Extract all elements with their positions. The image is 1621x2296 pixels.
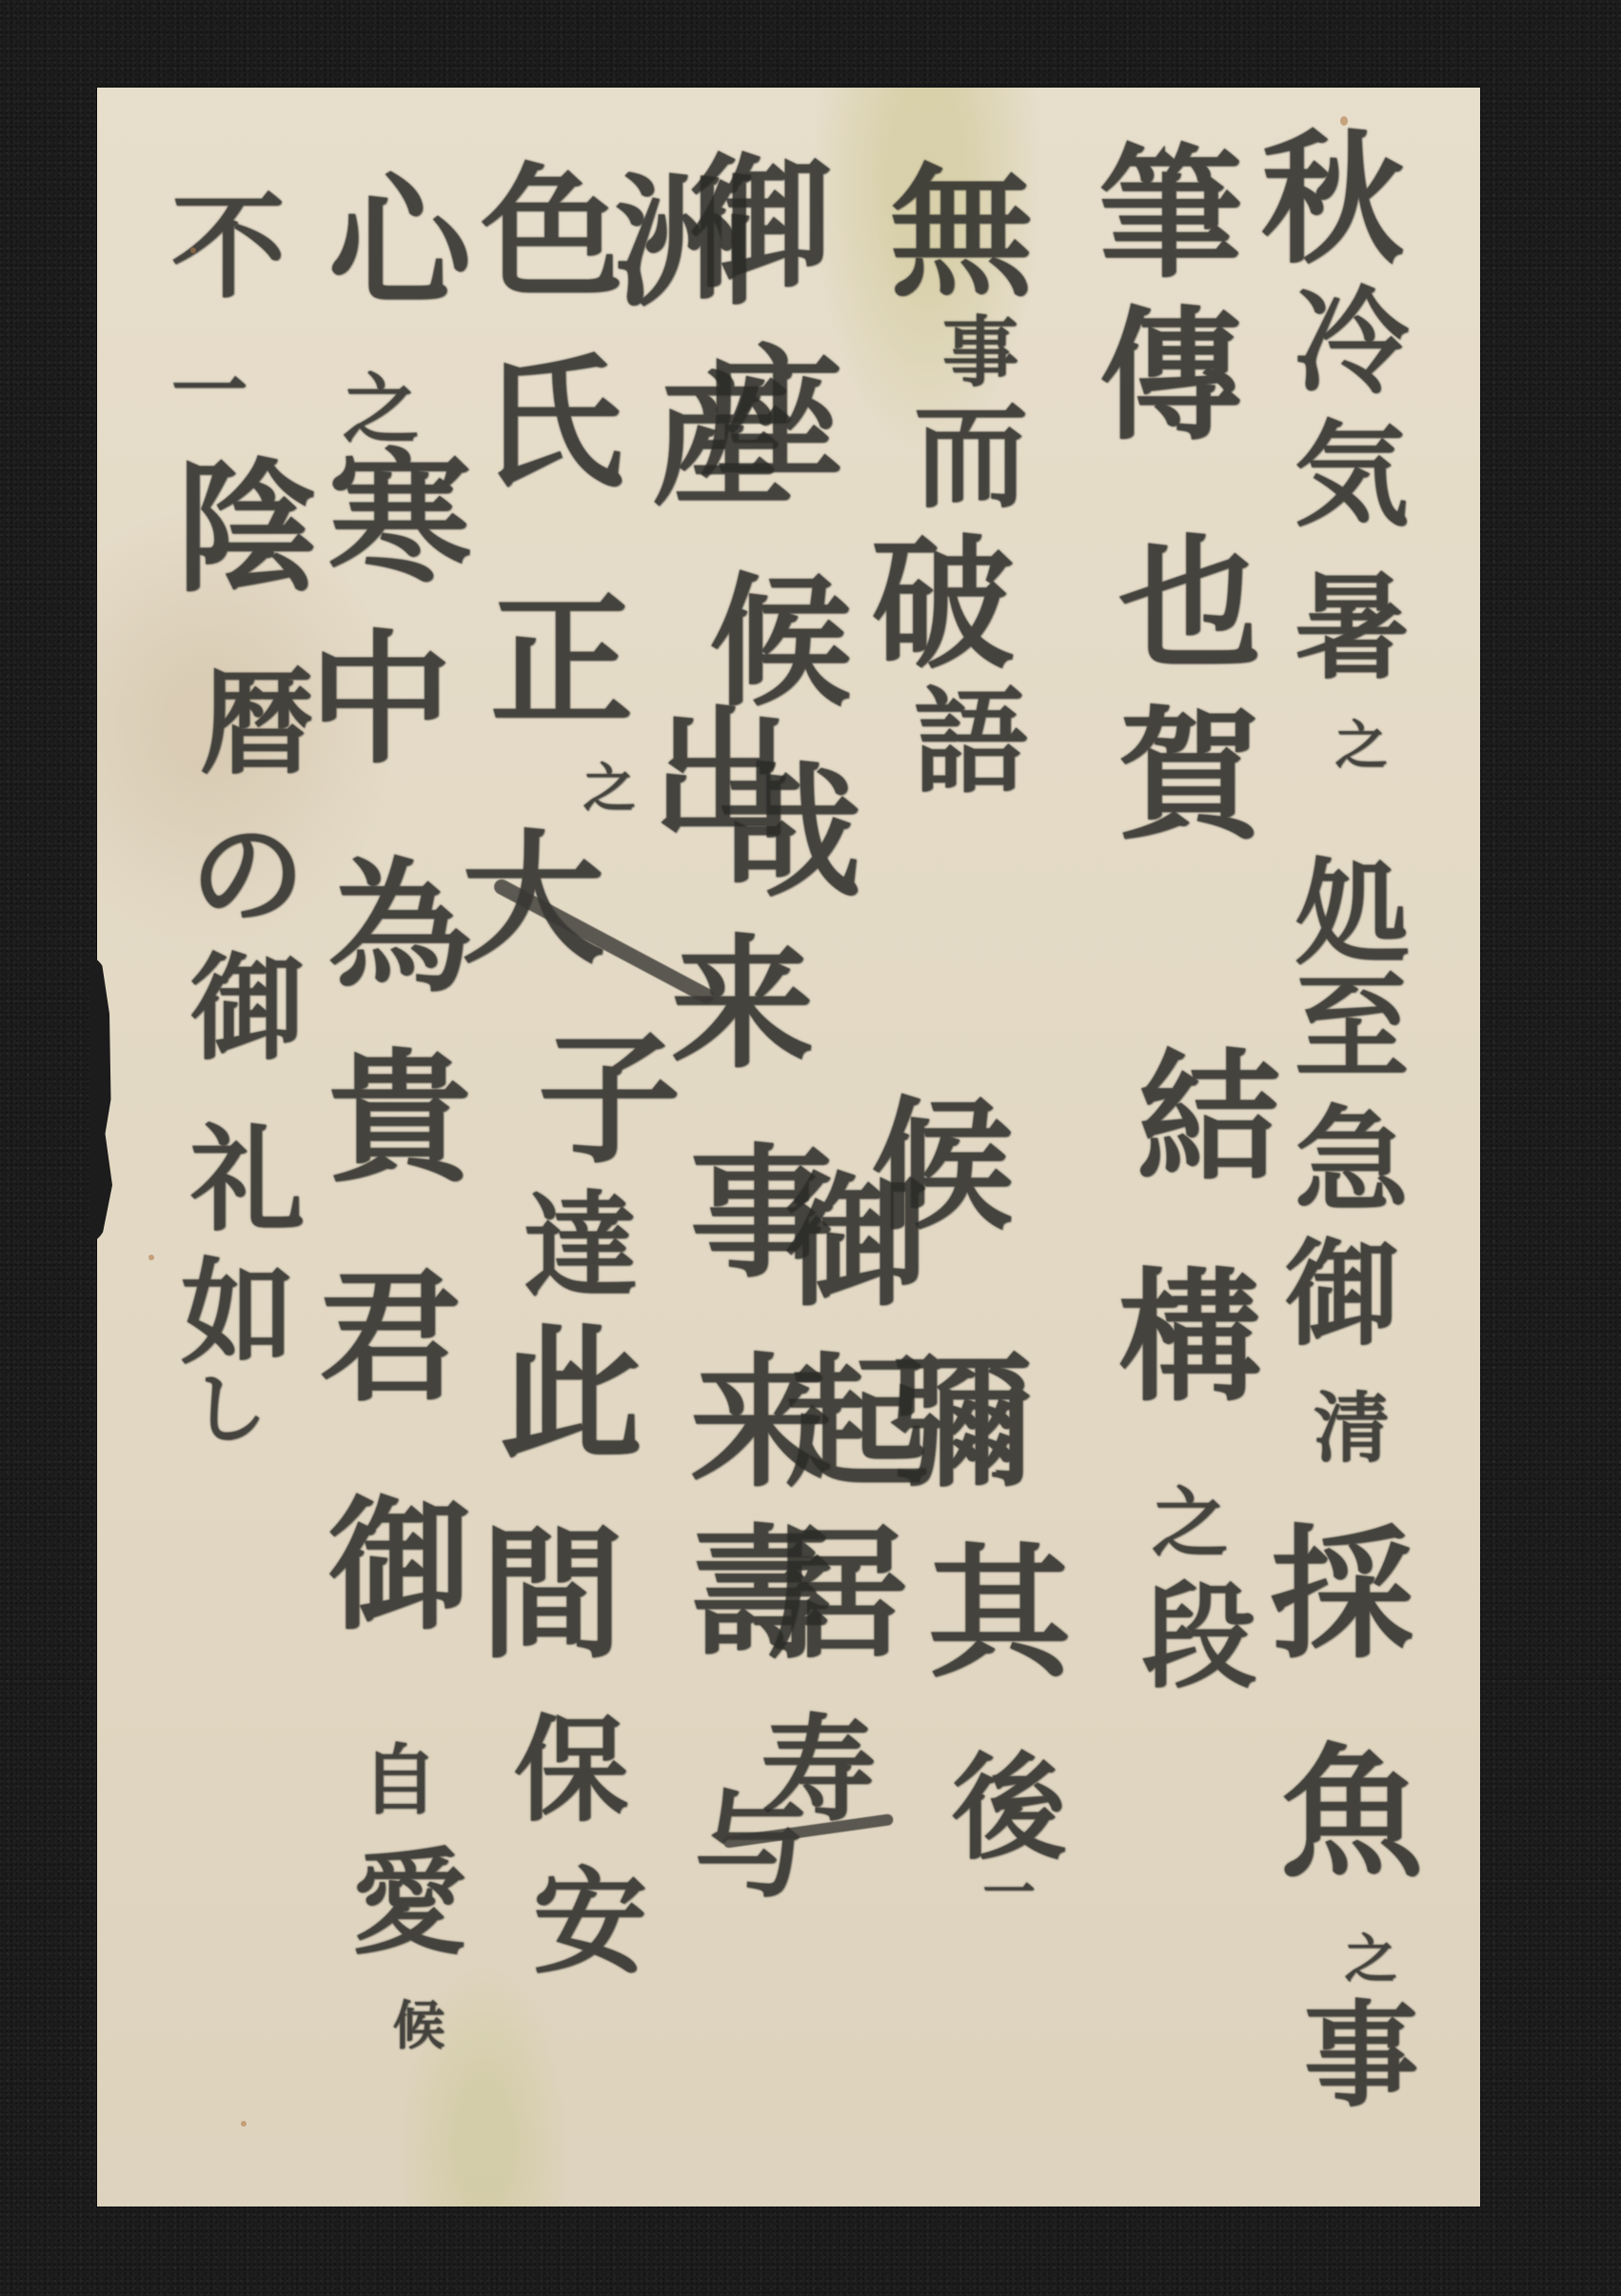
glyph: 結 bbox=[1137, 1047, 1280, 1190]
glyph: 中 bbox=[309, 628, 452, 771]
glyph: 秋 bbox=[1261, 129, 1404, 271]
glyph: 為 bbox=[328, 857, 471, 1000]
glyph: し bbox=[190, 1371, 267, 1447]
glyph: 事 bbox=[942, 314, 1018, 390]
glyph: 心 bbox=[328, 171, 471, 314]
glyph: 壽 bbox=[690, 1523, 833, 1666]
glyph: 暦 bbox=[200, 666, 314, 781]
glyph: 無 bbox=[890, 162, 1033, 305]
glyph: 事 bbox=[690, 1142, 833, 1285]
glyph: 採 bbox=[1271, 1523, 1413, 1666]
glyph: 暑 bbox=[1295, 571, 1409, 685]
glyph: 如 bbox=[181, 1257, 295, 1371]
glyph: 此 bbox=[500, 1323, 642, 1466]
glyph: 間 bbox=[481, 1523, 623, 1666]
glyph: 後 bbox=[952, 1752, 1066, 1866]
glyph: 正 bbox=[490, 590, 633, 733]
foxing-spot bbox=[241, 2121, 247, 2127]
glyph: 処 bbox=[1295, 857, 1409, 971]
glyph: 達 bbox=[524, 1190, 638, 1304]
glyph: 来 bbox=[671, 933, 814, 1076]
glyph: 不 bbox=[171, 190, 286, 305]
glyph: 愛 bbox=[352, 1847, 466, 1961]
glyph: 子 bbox=[538, 1028, 681, 1171]
glyph: 傳 bbox=[1099, 305, 1242, 447]
glyph: 御 bbox=[1285, 1237, 1399, 1352]
glyph: 冷 bbox=[1295, 286, 1409, 400]
glyph: 与 bbox=[695, 1790, 809, 1904]
glyph: 洲 bbox=[614, 171, 757, 314]
glyph: 候 bbox=[392, 1999, 445, 2051]
glyph: 之 bbox=[1334, 719, 1387, 771]
glyph: 其 bbox=[928, 1542, 1071, 1685]
glyph: 筆 bbox=[1099, 143, 1242, 286]
foxing-spot bbox=[1340, 116, 1348, 126]
glyph: 也 bbox=[1118, 533, 1261, 676]
glyph: 出 bbox=[652, 704, 795, 847]
foxing-spot bbox=[190, 247, 196, 253]
glyph: 語 bbox=[914, 685, 1028, 800]
glyph: 保 bbox=[514, 1713, 628, 1828]
glyph: 構 bbox=[1118, 1266, 1261, 1409]
glyph: 御 bbox=[190, 952, 305, 1066]
glyph: 自 bbox=[362, 1742, 438, 1818]
glyph: 之 bbox=[583, 762, 635, 814]
glyph: 賀 bbox=[1118, 704, 1261, 847]
glyph: 君 bbox=[319, 1266, 462, 1409]
glyph: 之 bbox=[1152, 1485, 1228, 1561]
glyph: 御 bbox=[328, 1494, 471, 1637]
glyph: 一 bbox=[982, 1866, 1035, 1918]
glyph: 貴 bbox=[328, 1047, 471, 1190]
glyph: 来 bbox=[690, 1352, 833, 1494]
glyph: 至 bbox=[1295, 971, 1409, 1085]
glyph: の bbox=[190, 819, 305, 933]
glyph: 而 bbox=[914, 400, 1028, 514]
glyph: 礼 bbox=[190, 1123, 305, 1237]
foxing-spot bbox=[148, 1255, 154, 1260]
glyph: 陰 bbox=[176, 457, 319, 600]
glyph: 産 bbox=[652, 371, 795, 514]
glyph: 事 bbox=[1304, 1999, 1418, 2113]
glyph: 寒 bbox=[328, 447, 471, 590]
glyph: 清 bbox=[1314, 1390, 1390, 1466]
glyph: 急 bbox=[1295, 1104, 1409, 1218]
glyph: 氏 bbox=[481, 352, 623, 495]
glyph: 之 bbox=[1344, 1932, 1396, 1985]
glyph: 魚 bbox=[1280, 1742, 1423, 1885]
glyph: 気 bbox=[1295, 419, 1409, 533]
glyph: 一 bbox=[171, 352, 247, 428]
glyph: 破 bbox=[871, 533, 1014, 676]
glyph: 安 bbox=[533, 1866, 647, 1980]
glyph: 段 bbox=[1142, 1580, 1256, 1694]
glyph: 色 bbox=[481, 162, 623, 305]
